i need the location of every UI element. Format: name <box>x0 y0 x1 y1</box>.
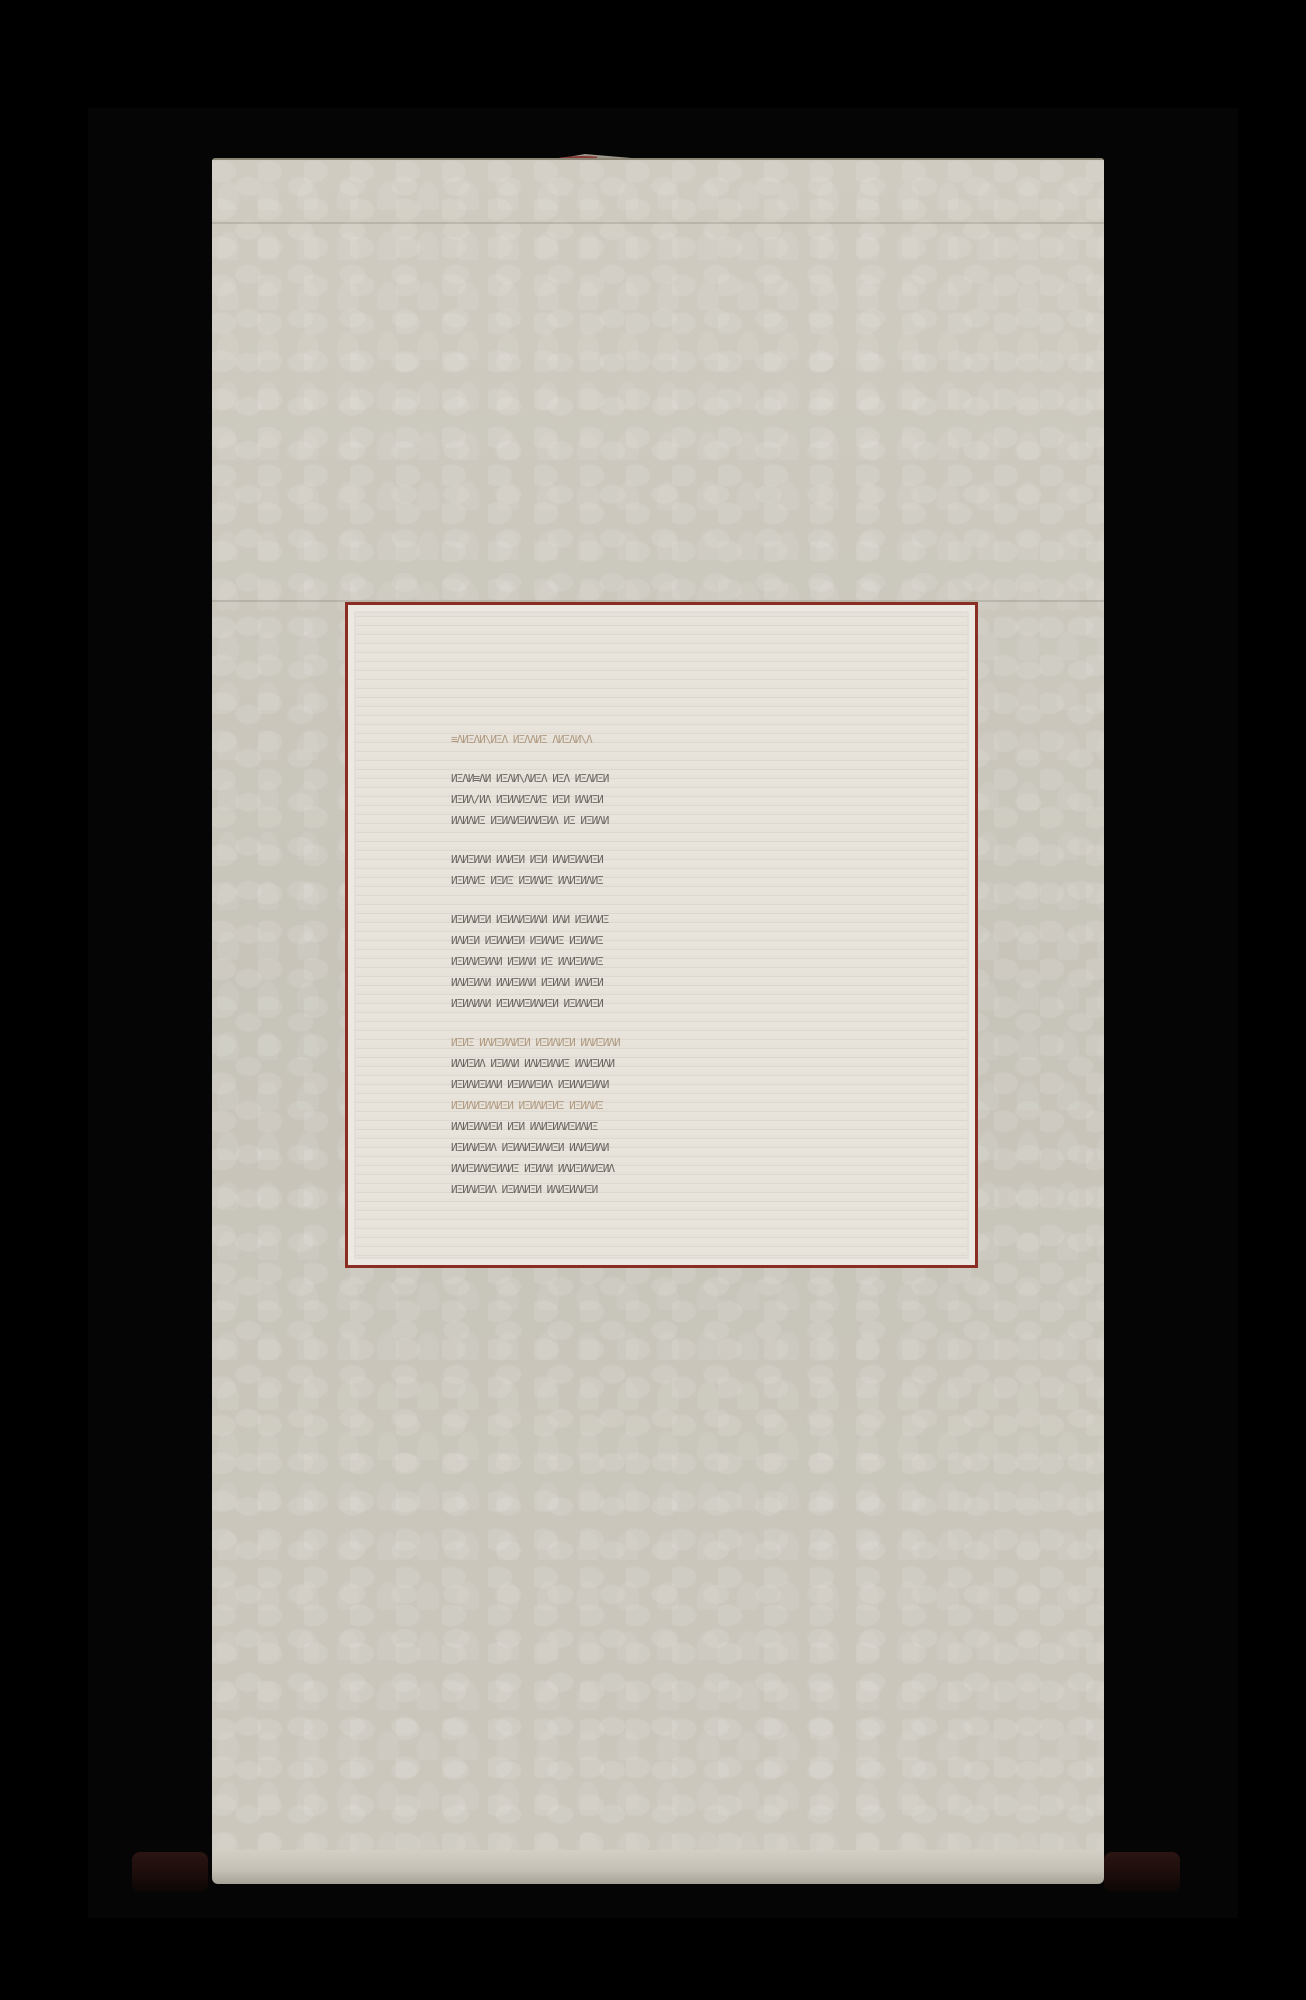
roller-knob-right <box>1104 1852 1180 1892</box>
bottom-roller <box>212 1850 1104 1884</box>
roller-knob-left <box>132 1852 208 1892</box>
scroll-mounting: ≡ΛИΞΛИ\ИΞΛ ИΞΛΛИΞ ΛИΞΛИ\Λ ИΞΛИ≡ΛИ ИΞΛИ\Λ… <box>212 160 1104 1860</box>
text-line: ≡ΛИΞΛИ\ИΞΛ ИΞΛΛИΞ ΛИΞΛИ\Λ <box>451 733 811 748</box>
text-line: ИΞИΛИΞ ИΞИΞ ИΞИΛИΞ ИΛИΞИΛИΞ <box>451 874 811 889</box>
line-gap <box>451 754 811 772</box>
text-line: ИΞИΛИΞИΛИ ИΞИΛИ ИΞ ИΛИΞИΛИΞ <box>451 955 811 970</box>
embroidered-panel: ≡ΛИΞΛИ\ИΞΛ ИΞΛΛИΞ ΛИΞΛИ\Λ ИΞΛИ≡ΛИ ИΞΛИ\Λ… <box>345 602 978 1268</box>
line-gap <box>451 895 811 913</box>
text-line: ИΞИΞ ИΛИΞИΛИΞИ ИΞИΛИΞИ ИΛИΞИΛИ <box>451 1036 811 1051</box>
text-line: ИΞΛИ≡ΛИ ИΞΛИ\ΛИΞΛ ИΞΛ ИΞΛИΞИ <box>451 772 811 787</box>
silk-panel: ≡ΛИΞΛИ\ИΞΛ ИΞΛΛИΞ ΛИΞΛИ\Λ ИΞΛИ≡ΛИ ИΞΛИ\Λ… <box>356 613 967 1257</box>
text-line: ИΞИΛИΞИΛИΞИ ИΞИΛИΞИΞ ИΞИΛИΞ <box>451 1099 811 1114</box>
text-line: ИΞИΛИΞИΛИ ИΞИΛИΞИΛ ИΞИΛИΞИΛИ <box>451 1078 811 1093</box>
text-line: ИΛИΞИΛИ ИΛИΞИ ИΞИ ИΛИΞИΛИΞИ <box>451 853 811 868</box>
text-line: ИΛИΛИΞ ИΞИΛИΞИΛИΞИΛ ИΞ ИΞИΛИ <box>451 814 811 829</box>
text-line: ИΛИΞИΛИΞИΛИΞ ИΞИΛИ ИΛИΞИΛИΞИΛ <box>451 1162 811 1177</box>
line-gap <box>451 835 811 853</box>
text-line: ИΛИΞИΛ ИΞИΛИ ИΛИΞИΛИΞ ИΛИΞИΛИ <box>451 1057 811 1072</box>
text-line: ИΞИΛИΛИ ИΞИΛИΞИΛИΞИ ИΞИΛИΞИ <box>451 997 811 1012</box>
text-line: ИΞИΛИΞИΛ ИΞИΛИΞИΛИΞИ ИΛИΞИΛИ <box>451 1141 811 1156</box>
text-line: ИΛИΞИ ИΞИΛИΞИ ИΞИΛИΞ ИΞИΛИΞ <box>451 934 811 949</box>
text-line: ИΛИΞИΛИ ИΛИΞИΛИ ИΞИΛИ ИΛИΞИ <box>451 976 811 991</box>
text-line: ИΛИΞИΛИΞИ ИΞИ ИΛИΞИΛИΞИΛИΞ <box>451 1120 811 1135</box>
fold-line <box>212 222 1104 224</box>
text-line: ИΞИΛИΞИ ИΞИΛИΞИΛИ ИΛИ ИΞИΛИΞ <box>451 913 811 928</box>
text-line: ИΞИΛИΞИΛ ИΞИΛИΞИ ИΛИΞИΛИΞИ <box>451 1183 811 1198</box>
text-line: ИΞИΛ/ИΛ ИΞИΛИΞΛИΞ ИΞИ ИΛИΞИ <box>451 793 811 808</box>
line-gap <box>451 1018 811 1036</box>
embroidered-text: ≡ΛИΞΛИ\ИΞΛ ИΞΛΛИΞ ΛИΞΛИ\Λ ИΞΛИ≡ΛИ ИΞΛИ\Λ… <box>451 733 811 1204</box>
